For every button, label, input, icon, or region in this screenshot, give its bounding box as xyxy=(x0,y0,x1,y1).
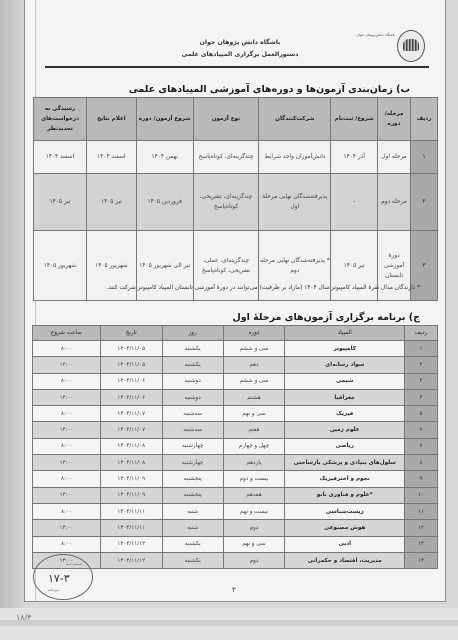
time-cell: ۱۴:۰۰ xyxy=(33,357,101,373)
olympiad-cell: مدیریت، اقتصاد و حکمرانی xyxy=(285,552,405,568)
olympiad-cell: سلول‌های بنیادی و پزشکی بازساختی xyxy=(285,455,405,471)
date-cell: ۱۴۰۴/۱۱/۱۲ xyxy=(100,552,162,568)
row-index: ۲ xyxy=(405,357,438,373)
row-index: ۱ xyxy=(405,341,438,357)
column-header: دوره xyxy=(223,326,285,341)
schedule-table: ردیف مرحله/ دوره شروع/ ثبت‌نام شرکت‌کنند… xyxy=(33,97,438,301)
edition-cell: دوم xyxy=(223,552,285,568)
olympiad-cell: *علوم و فناوری نانو xyxy=(285,487,405,503)
row-index: ۵ xyxy=(405,406,438,422)
date-cell: ۱۴۰۴/۱۱/۱۱ xyxy=(100,520,162,536)
olympiad-cell: هوش مصنوعی xyxy=(285,520,405,536)
day-cell: شنبه xyxy=(162,520,223,536)
row-index: ۶ xyxy=(405,422,438,438)
start-cell: فروردین ۱۴۰۵ xyxy=(136,174,193,231)
edition-cell: سی و ششم xyxy=(223,373,285,389)
day-cell: دوشنبه xyxy=(162,389,223,405)
header-divider xyxy=(45,66,429,68)
column-header: اعلام نتایج xyxy=(86,98,136,141)
column-header: روز xyxy=(162,326,223,341)
table-row: ۴جغرافیاهشتمدوشنبه۱۴۰۴/۱۱/۰۶۱۴:۰۰ xyxy=(33,389,438,405)
day-cell: شنبه xyxy=(162,503,223,519)
table-row: ۱۲هوش مصنوعیدومشنبه۱۴۰۴/۱۱/۱۱۱۴:۰۰ xyxy=(33,520,438,536)
edition-cell: بیست و دوم xyxy=(223,471,285,487)
results-cell: تیر ۱۴۰۵ xyxy=(86,174,136,231)
table-row: ۱کامپیوترسی و ششمیکشنبه۱۴۰۴/۱۱/۰۵۸:۰۰ xyxy=(33,341,438,357)
time-cell: ۸:۰۰ xyxy=(33,438,101,454)
date-cell: ۱۴۰۴/۱۱/۰۹ xyxy=(100,471,162,487)
document-subtitle: دستورالعمل برگزاری المپیادهای علمی xyxy=(140,51,340,58)
table-row: ۲سواد رسانه‌ایدهمیکشنبه۱۴۰۴/۱۱/۰۵۱۴:۰۰ xyxy=(33,357,438,373)
date-cell: ۱۴۰۴/۱۱/۱۱ xyxy=(100,503,162,519)
table-row: ۲ مرحله دوم - پذیرفته‌شدگان نهایی مرحلهٔ… xyxy=(34,174,438,231)
column-header: ردیف xyxy=(405,326,438,341)
stage-cell: مرحله دوم xyxy=(378,174,411,231)
day-cell: یکشنبه xyxy=(162,552,223,568)
column-header: شرکت‌کنندگان xyxy=(259,98,331,141)
olympiad-cell: ریاضی xyxy=(285,438,405,454)
olympiad-cell: جغرافیا xyxy=(285,389,405,405)
results-cell: اسفند ۱۴۰۴ xyxy=(86,141,136,174)
edition-cell: یازدهم xyxy=(223,455,285,471)
olympiad-cell: فیزیک xyxy=(285,406,405,422)
column-header: مرحله/ دوره xyxy=(378,98,411,141)
column-header: نوع آزمون xyxy=(193,98,259,141)
section-b-title: ب) زمان‌بندی آزمون‌ها و دوره‌های آموزشی … xyxy=(129,84,410,95)
date-cell: ۱۴۰۴/۱۱/۰۷ xyxy=(100,422,162,438)
scan-strip xyxy=(0,620,458,626)
time-cell: ۱۴:۰۰ xyxy=(33,520,101,536)
column-header: المپیاد xyxy=(285,326,405,341)
time-cell: ۸:۰۰ xyxy=(33,536,101,552)
olympiad-cell: سواد رسانه‌ای xyxy=(285,357,405,373)
time-cell: ۸:۰۰ xyxy=(33,503,101,519)
column-header: شروع/ ثبت‌نام xyxy=(331,98,378,141)
table-row: ۹نجوم و اخترفیزیکبیست و دومپنجشنبه۱۴۰۴/۱… xyxy=(33,471,438,487)
edition-cell: دوم xyxy=(223,520,285,536)
stage-cell: مرحله اول xyxy=(378,141,411,174)
start-cell: بهمن ۱۴۰۴ xyxy=(136,141,193,174)
section-c-title: ج) برنامه برگزاری آزمون‌های مرحلهٔ اول xyxy=(232,312,420,323)
row-index: ۲ xyxy=(411,174,438,231)
participants-cell: دانش‌آموزان واجد شرایط xyxy=(259,141,331,174)
olympiad-cell: شیمی xyxy=(285,373,405,389)
date-cell: ۱۴۰۴/۱۱/۱۲ xyxy=(100,536,162,552)
time-cell: ۸:۰۰ xyxy=(33,406,101,422)
exam-schedule-table: ردیف المپیاد دوره روز تاریخ ساعت شروع ۱ک… xyxy=(32,325,438,569)
column-header: رسیدگی به درخواست‌های تجدیدنظر xyxy=(34,98,87,141)
day-cell: سه‌شنبه xyxy=(162,422,223,438)
date-cell: ۱۴۰۴/۱۱/۰۶ xyxy=(100,389,162,405)
date-cell: ۱۴۰۴/۱۱/۰۷ xyxy=(100,406,162,422)
edition-cell: دهم xyxy=(223,357,285,373)
table-row: ۸سلول‌های بنیادی و پزشکی بازساختییازدهمچ… xyxy=(33,455,438,471)
edition-cell: هفتم xyxy=(223,422,285,438)
table-row: ۷ریاضیچهل و چهارمچهارشنبه۱۴۰۴/۱۱/۰۸۸:۰۰ xyxy=(33,438,438,454)
olympiad-cell: علوم زمین xyxy=(285,422,405,438)
time-cell: ۱۴:۰۰ xyxy=(33,389,101,405)
table-row: ۵فیزیکسی و نهمسه‌شنبه۱۴۰۴/۱۱/۰۷۸:۰۰ xyxy=(33,406,438,422)
time-cell: ۱۴:۰۰ xyxy=(33,422,101,438)
time-cell: ۸:۰۰ xyxy=(33,341,101,357)
row-index: ۸ xyxy=(405,455,438,471)
row-index: ۱۰ xyxy=(405,487,438,503)
edition-cell: هشتم xyxy=(223,389,285,405)
exam-type-cell: چندگزینه‌ای، کوتاه‌پاسخ xyxy=(193,141,259,174)
olympiad-cell: کامپیوتر xyxy=(285,341,405,357)
table-row: ۱۰*علوم و فناوری نانوهفدهمپنجشنبه۱۴۰۴/۱۱… xyxy=(33,487,438,503)
footnote: * دارندگان مدال نقرهٔ المپیاد کامپیوتر س… xyxy=(35,282,420,294)
table-row: ۱۱زیست‌شناسیبیست و نهمشنبه۱۴۰۴/۱۱/۱۱۸:۰۰ xyxy=(33,503,438,519)
edition-cell: سی و نهم xyxy=(223,536,285,552)
row-index: ۴ xyxy=(405,389,438,405)
stamp-number: ۱۷-۳ xyxy=(48,572,70,585)
time-cell: ۱۴:۰۰ xyxy=(33,455,101,471)
edition-cell: سی و نهم xyxy=(223,406,285,422)
row-index: ۱۱ xyxy=(405,503,438,519)
edition-cell: چهل و چهارم xyxy=(223,438,285,454)
day-cell: دوشنبه xyxy=(162,373,223,389)
time-cell: ۱۴:۰۰ xyxy=(33,487,101,503)
row-index: ۹ xyxy=(405,471,438,487)
logo-icon xyxy=(397,30,425,62)
edition-cell: بیست و نهم xyxy=(223,503,285,519)
registration-cell: آذر ۱۴۰۴ xyxy=(331,141,378,174)
row-index: ۱۲ xyxy=(405,520,438,536)
day-cell: پنجشنبه xyxy=(162,471,223,487)
date-cell: ۱۴۰۴/۱۱/۰۹ xyxy=(100,487,162,503)
stamp-label: شماره نامه xyxy=(66,562,82,566)
page-number: ۳ xyxy=(232,586,236,594)
table-header-row: ردیف المپیاد دوره روز تاریخ ساعت شروع xyxy=(33,326,438,341)
row-index: ۱ xyxy=(411,141,438,174)
table-row: ۱۳ادبیسی و نهمیکشنبه۱۴۰۴/۱۱/۱۲۸:۰۰ xyxy=(33,536,438,552)
date-cell: ۱۴۰۴/۱۱/۰۶ xyxy=(100,373,162,389)
day-cell: چهارشنبه xyxy=(162,455,223,471)
table-row: ۱ مرحله اول آذر ۱۴۰۴ دانش‌آموزان واجد شر… xyxy=(34,141,438,174)
olympiad-cell: زیست‌شناسی xyxy=(285,503,405,519)
org-name: باشگاه دانش پژوهان جوان xyxy=(140,39,340,46)
participants-cell: پذیرفته‌شدگان نهایی مرحلهٔ اول xyxy=(259,174,331,231)
logo-emblem-icon xyxy=(403,39,419,51)
olympiad-cell: نجوم و اخترفیزیک xyxy=(285,471,405,487)
scan-edge xyxy=(0,0,24,640)
row-index: ۱۳ xyxy=(405,536,438,552)
date-cell: ۱۴۰۴/۱۱/۰۸ xyxy=(100,438,162,454)
day-cell: پنجشنبه xyxy=(162,487,223,503)
date-cell: ۱۴۰۴/۱۱/۰۵ xyxy=(100,357,162,373)
olympiad-cell: ادبی xyxy=(285,536,405,552)
table-row: ۶علوم زمینهفتمسه‌شنبه۱۴۰۴/۱۱/۰۷۱۴:۰۰ xyxy=(33,422,438,438)
day-cell: سه‌شنبه xyxy=(162,406,223,422)
logo-text: باشگاه دانش‌پژوهان جوان xyxy=(355,33,395,38)
edition-cell: سی و ششم xyxy=(223,341,285,357)
day-cell: یکشنبه xyxy=(162,357,223,373)
column-header: تاریخ xyxy=(100,326,162,341)
stamp-caption: دبیرخانه xyxy=(48,588,59,592)
corner-page-number: ۱۸/۴ xyxy=(16,613,32,622)
edition-cell: هفدهم xyxy=(223,487,285,503)
column-header: شروع آزمون/ دوره xyxy=(136,98,193,141)
row-index: ۱۴ xyxy=(405,552,438,568)
exam-type-cell: چندگزینه‌ای، تشریحی، کوتاه‌پاسخ xyxy=(193,174,259,231)
day-cell: یکشنبه xyxy=(162,341,223,357)
time-cell: ۸:۰۰ xyxy=(33,471,101,487)
column-header: ردیف xyxy=(411,98,438,141)
row-index: ۳ xyxy=(405,373,438,389)
registration-cell: - xyxy=(331,174,378,231)
day-cell: یکشنبه xyxy=(162,536,223,552)
date-cell: ۱۴۰۴/۱۱/۰۸ xyxy=(100,455,162,471)
day-cell: چهارشنبه xyxy=(162,438,223,454)
table-row: ۱۴مدیریت، اقتصاد و حکمرانیدومیکشنبه۱۴۰۴/… xyxy=(33,552,438,568)
table-row: ۳شیمیسی و ششمدوشنبه۱۴۰۴/۱۱/۰۶۸:۰۰ xyxy=(33,373,438,389)
time-cell: ۸:۰۰ xyxy=(33,373,101,389)
appeals-cell: اسفند ۱۴۰۴ xyxy=(34,141,87,174)
column-header: ساعت شروع xyxy=(33,326,101,341)
appeals-cell: تیر ۱۴۰۵ xyxy=(34,174,87,231)
row-index: ۷ xyxy=(405,438,438,454)
date-cell: ۱۴۰۴/۱۱/۰۵ xyxy=(100,341,162,357)
table-header-row: ردیف مرحله/ دوره شروع/ ثبت‌نام شرکت‌کنند… xyxy=(34,98,438,141)
